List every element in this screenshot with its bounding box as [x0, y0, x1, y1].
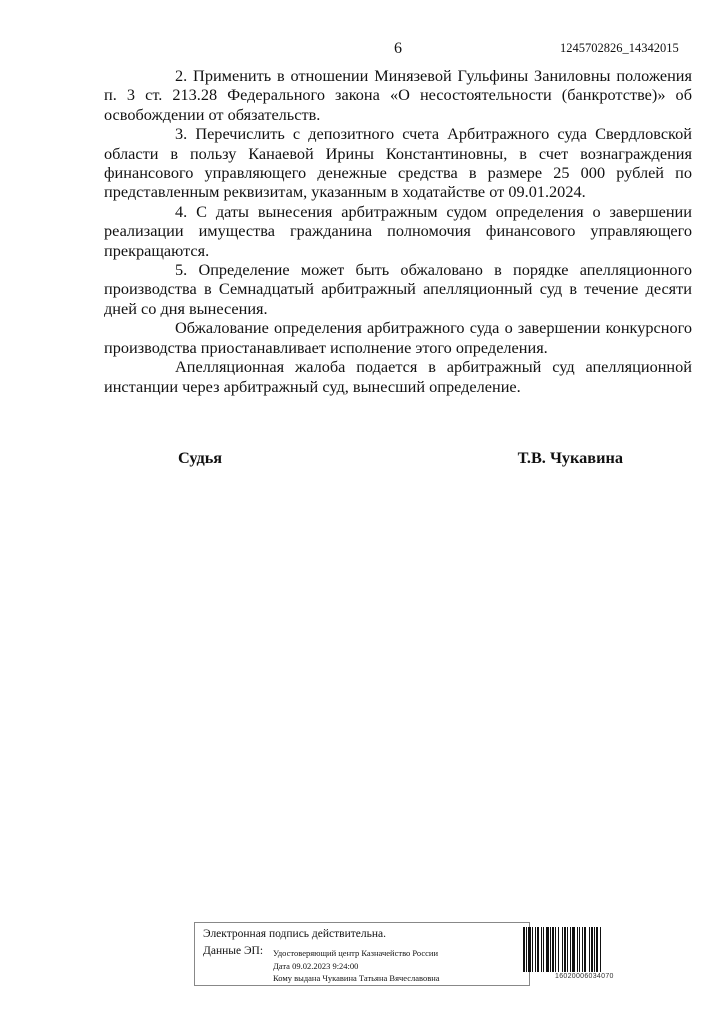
esig-date: Дата 09.02.2023 9:24:00: [273, 960, 440, 973]
signature-row: Судья Т.В. Чукавина: [178, 448, 623, 468]
esig-details: Удостоверяющий центр Казначейство России…: [273, 947, 440, 985]
barcode-icon: [523, 927, 631, 972]
signature-role: Судья: [178, 448, 222, 468]
document-body: 2. Применить в отношении Минязевой Гульф…: [104, 66, 692, 396]
barcode-number: 16020006034070: [555, 973, 614, 980]
esig-title: Электронная подпись действительна.: [203, 928, 386, 940]
esig-issued-to: Кому выдана Чукавина Татьяна Вячеславовн…: [273, 972, 440, 985]
signature-name: Т.В. Чукавина: [518, 448, 623, 468]
page-number: 6: [394, 40, 402, 58]
paragraph-2: 2. Применить в отношении Минязевой Гульф…: [104, 66, 692, 124]
paragraph-4: 4. С даты вынесения арбитражным судом оп…: [104, 202, 692, 260]
paragraph-5: 5. Определение может быть обжаловано в п…: [104, 260, 692, 318]
esig-issuer: Удостоверяющий центр Казначейство России: [273, 947, 440, 960]
electronic-signature-stamp: Электронная подпись действительна. Данны…: [194, 922, 530, 986]
paragraph-3: 3. Перечислить с депозитного счета Арбит…: [104, 124, 692, 202]
paragraph-appeal-filing: Апелляционная жалоба подается в арбитраж…: [104, 357, 692, 396]
esig-label: Данные ЭП:: [203, 945, 263, 957]
document-id: 1245702826_14342015: [560, 41, 679, 56]
paragraph-appeal-suspension: Обжалование определения арбитражного суд…: [104, 318, 692, 357]
